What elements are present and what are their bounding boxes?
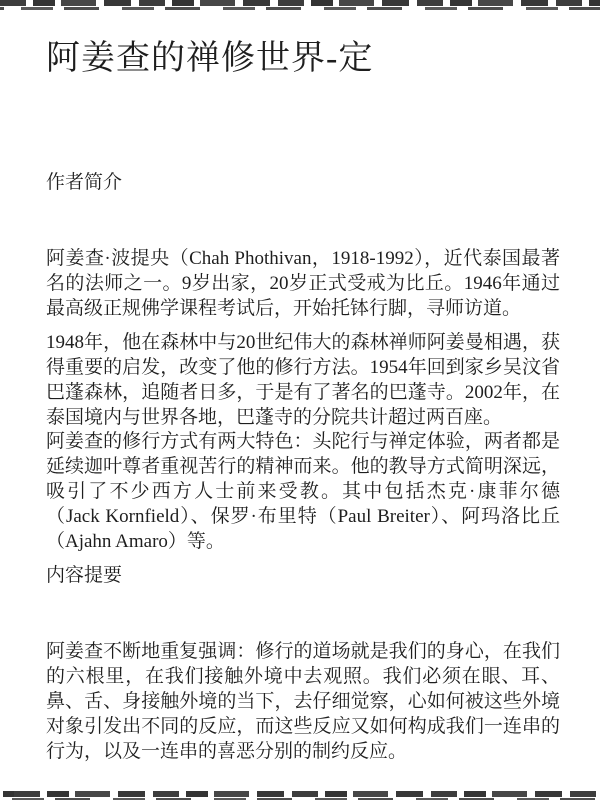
page-title: 阿姜查的禅修世界-定 bbox=[46, 36, 560, 82]
section-heading-author-intro: 作者简介 bbox=[46, 170, 560, 195]
next-page-text-sliver bbox=[0, 790, 600, 800]
previous-page-text-sliver bbox=[0, 0, 600, 10]
paragraph-author-2: 1948年，他在森林中与20世纪伟大的森林禅师阿姜曼相遇，获得重要的启发，改变了… bbox=[46, 330, 560, 430]
section-heading-content-summary: 内容提要 bbox=[46, 563, 560, 588]
paragraph-summary-1: 阿姜查不断地重复强调：修行的道场就是我们的身心，在我们的六根里，在我们接触外境中… bbox=[46, 639, 560, 764]
paragraph-author-1: 阿姜查·波提央（Chah Phothivan，1918-1992），近代泰国最著… bbox=[46, 246, 560, 321]
paragraph-author-3: 阿姜查的修行方式有两大特色：头陀行与禅定体验，两者都是延续迦叶尊者重视苦行的精神… bbox=[46, 429, 560, 554]
document-page: 阿姜查的禅修世界-定 作者简介 阿姜查·波提央（Chah Phothivan，1… bbox=[0, 0, 600, 800]
